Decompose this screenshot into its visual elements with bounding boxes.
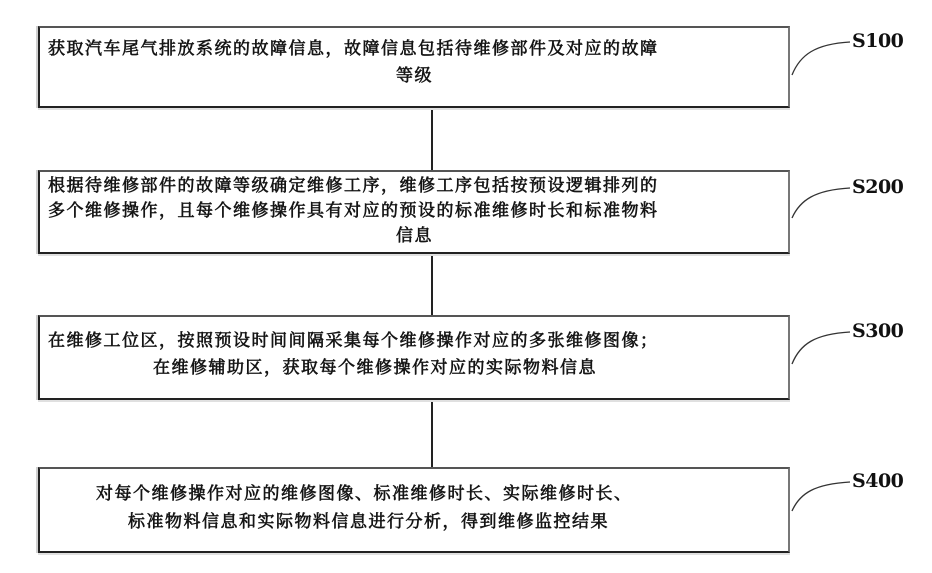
- step-s200-line-3: 信息: [396, 223, 433, 250]
- step-s200-line-1: 根据待维修部件的故障等级确定维修工序，维修工序包括按预设逻辑排列的: [48, 173, 659, 200]
- leader-line-s300: [792, 332, 850, 364]
- leader-line-s200: [792, 188, 850, 218]
- step-box-s200: 根据待维修部件的故障等级确定维修工序，维修工序包括按预设逻辑排列的 多个维修操作…: [38, 170, 790, 254]
- step-s200-line-2: 多个维修操作，且每个维修操作具有对应的预设的标准维修时长和标准物料: [48, 198, 659, 225]
- step-label-s200: S200: [852, 176, 903, 198]
- leader-line-s100: [792, 42, 850, 75]
- step-box-s400: 对每个维修操作对应的维修图像、标准维修时长、实际维修时长、 标准物料信息和实际物…: [38, 467, 790, 553]
- step-s300-line-1: 在维修工位区，按照预设时间间隔采集每个维修操作对应的多张维修图像；: [48, 328, 659, 355]
- step-box-s300: 在维修工位区，按照预设时间间隔采集每个维修操作对应的多张维修图像； 在维修辅助区…: [38, 315, 790, 400]
- step-s400-line-2: 标准物料信息和实际物料信息进行分析，得到维修监控结果: [128, 509, 609, 536]
- step-label-s300: S300: [852, 320, 903, 342]
- step-s100-line-1: 获取汽车尾气排放系统的故障信息，故障信息包括待维修部件及对应的故障: [48, 36, 659, 63]
- step-label-s100: S100: [852, 30, 903, 52]
- leader-line-s400: [792, 482, 850, 511]
- step-label-s400: S400: [852, 470, 903, 492]
- step-s100-line-2: 等级: [396, 63, 433, 90]
- step-s400-line-1: 对每个维修操作对应的维修图像、标准维修时长、实际维修时长、: [96, 481, 633, 508]
- step-s300-line-2: 在维修辅助区，获取每个维修操作对应的实际物料信息: [153, 355, 597, 382]
- step-box-s100: 获取汽车尾气排放系统的故障信息，故障信息包括待维修部件及对应的故障 等级: [38, 26, 790, 108]
